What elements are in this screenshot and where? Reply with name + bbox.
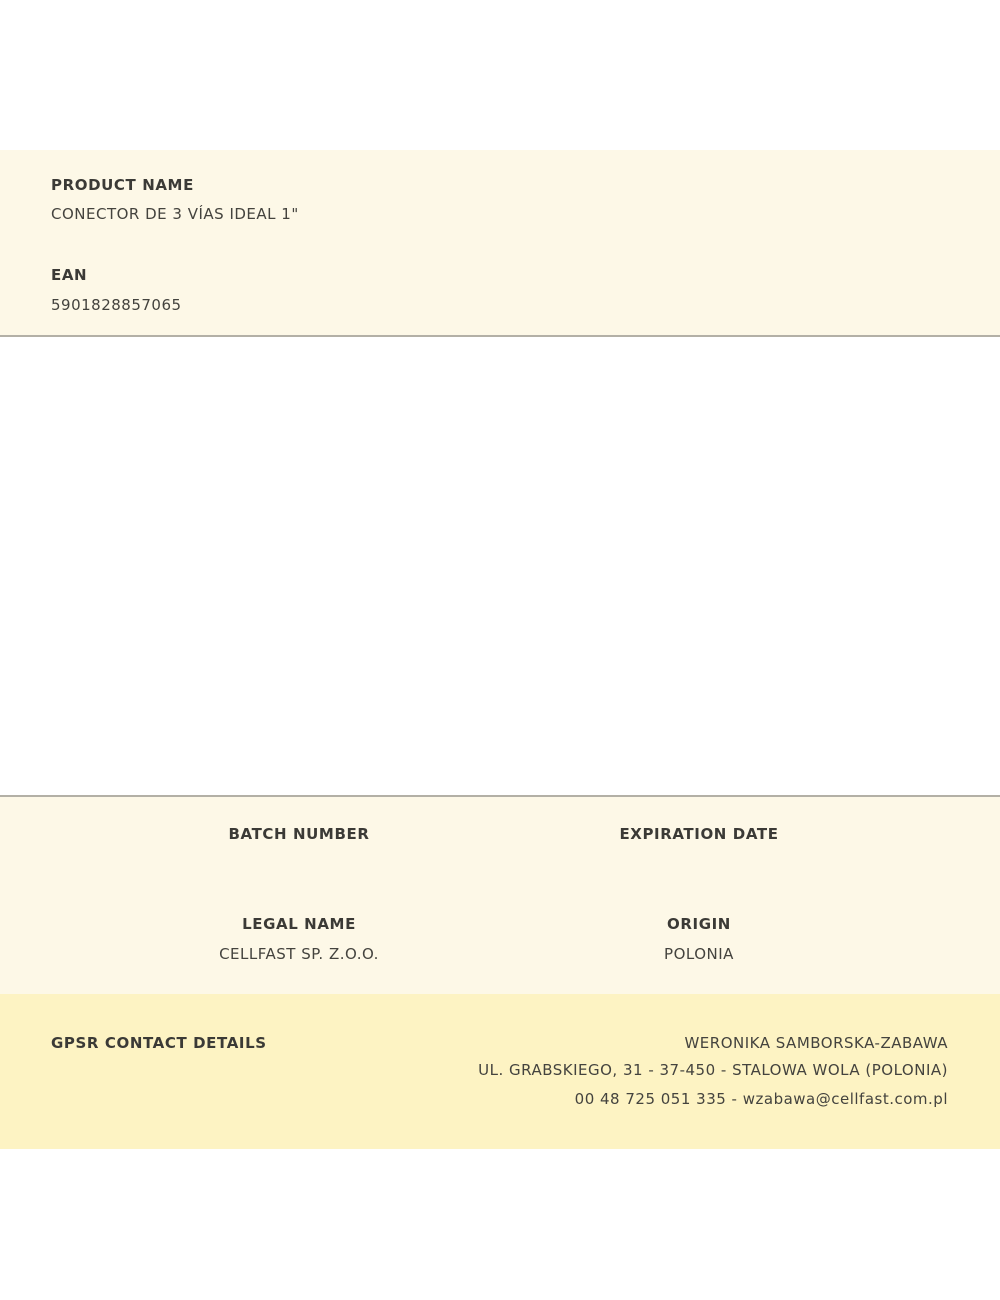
gpsr-label: GPSR CONTACT DETAILS — [51, 1034, 267, 1052]
product-name-label: PRODUCT NAME — [51, 176, 194, 194]
ean-value: 5901828857065 — [51, 296, 182, 314]
batch-details-section: BATCH NUMBER EXPIRATION DATE LEGAL NAME … — [0, 795, 1000, 996]
product-info-section: PRODUCT NAME CONECTOR DE 3 VÍAS IDEAL 1"… — [0, 150, 1000, 337]
origin-label: ORIGIN — [667, 915, 731, 933]
origin-value: POLONIA — [664, 945, 734, 963]
legal-name-label: LEGAL NAME — [242, 915, 356, 933]
product-name-value: CONECTOR DE 3 VÍAS IDEAL 1" — [51, 205, 299, 223]
gpsr-address: UL. GRABSKIEGO, 31 - 37-450 - STALOWA WO… — [478, 1061, 948, 1079]
gpsr-contact-section: GPSR CONTACT DETAILS WERONIKA SAMBORSKA-… — [0, 994, 1000, 1149]
ean-label: EAN — [51, 266, 87, 284]
expiration-date-label: EXPIRATION DATE — [619, 825, 778, 843]
batch-number-label: BATCH NUMBER — [229, 825, 370, 843]
legal-name-value: CELLFAST SP. Z.O.O. — [219, 945, 379, 963]
gpsr-phone-email: 00 48 725 051 335 - wzabawa@cellfast.com… — [575, 1090, 948, 1108]
gpsr-contact-name: WERONIKA SAMBORSKA-ZABAWA — [684, 1034, 948, 1052]
